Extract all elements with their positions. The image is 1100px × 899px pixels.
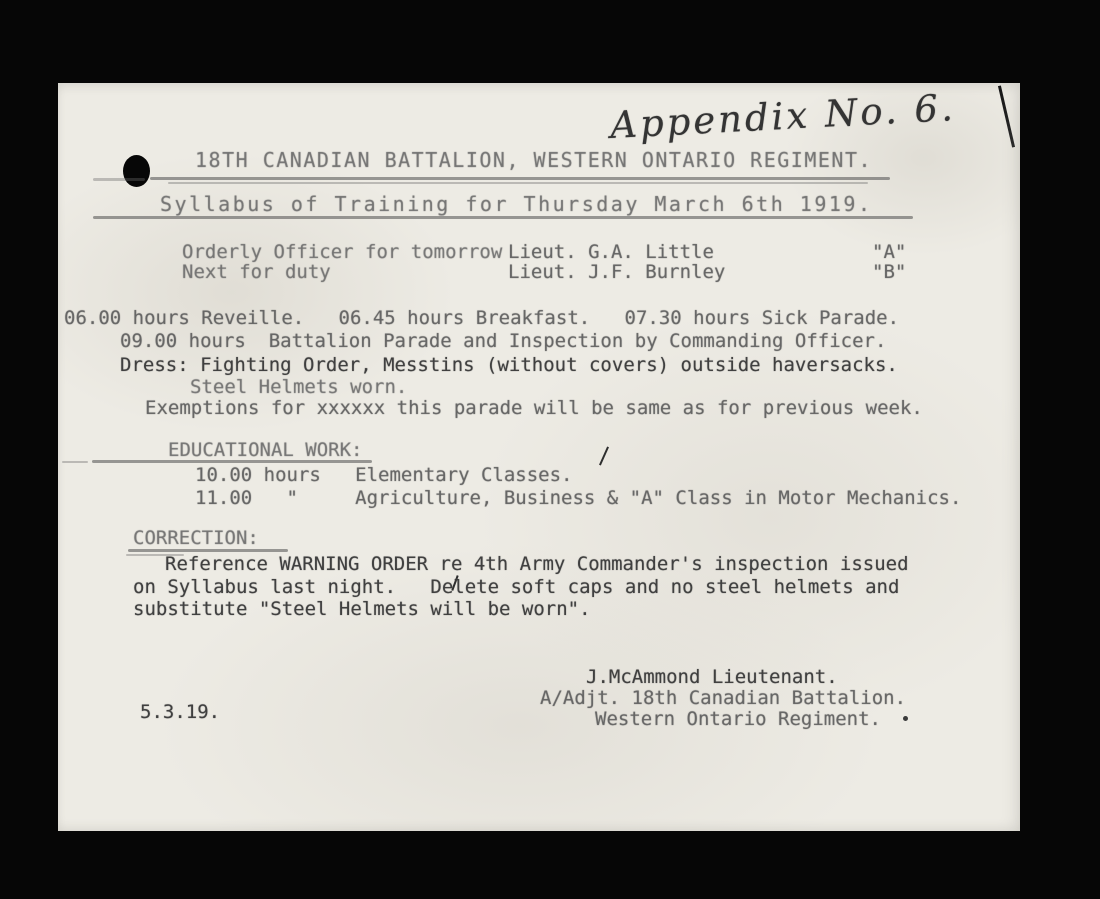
duty-name: Lieut. G.A. Little [508, 241, 714, 263]
document-subtitle: Syllabus of Training for Thursday March … [160, 193, 873, 215]
schedule-line: 06.00 hours Reveille. 06.45 hours Breakf… [64, 307, 899, 329]
correction-line: substitute "Steel Helmets will be worn". [133, 598, 591, 620]
correction-underline [128, 549, 288, 552]
signature-line: J.McAmmond Lieutenant. [586, 666, 838, 688]
document-title: 18TH CANADIAN BATTALION, WESTERN ONTARIO… [195, 149, 872, 171]
correction-line: Reference WARNING ORDER re 4th Army Comm… [165, 553, 909, 575]
duty-name: Lieut. J.F. Burnley [508, 261, 725, 283]
educational-line: 10.00 hours Elementary Classes. [195, 464, 573, 486]
title-underline-dash [93, 178, 145, 181]
schedule-line: Dress: Fighting Order, Messtins (without… [120, 354, 898, 376]
duty-role: Orderly Officer for tomorrow [182, 241, 502, 263]
signature-line: Western Ontario Regiment. [595, 708, 881, 730]
title-underline-echo [168, 182, 868, 184]
educational-underline-dash [62, 461, 88, 463]
educational-section-header: EDUCATIONAL WORK: [168, 439, 362, 461]
signature-line: A/Adjt. 18th Canadian Battalion. [540, 687, 906, 709]
subtitle-underline [93, 216, 913, 219]
duty-company: "A" [872, 241, 906, 263]
educational-underline [92, 460, 372, 463]
duty-company: "B" [872, 261, 906, 283]
date-stamp: 5.3.19. [140, 701, 220, 723]
duty-role: Next for duty [182, 261, 331, 283]
schedule-line: Exemptions for xxxxxx this parade will b… [145, 397, 923, 419]
handwritten-appendix-annotation: Appendix No. 6. [609, 86, 957, 147]
typed-text-layer: Appendix No. 6. 18TH CANADIAN BATTALION,… [58, 83, 1020, 831]
correction-section-header: CORRECTION: [133, 527, 259, 549]
schedule-line: Steel Helmets worn. [190, 376, 407, 398]
title-underline [150, 177, 890, 180]
educational-line: 11.00 " Agriculture, Business & "A" Clas… [195, 487, 961, 509]
scanned-document-page: Appendix No. 6. 18TH CANADIAN BATTALION,… [58, 83, 1020, 831]
correction-line: on Syllabus last night. Delete soft caps… [133, 576, 899, 598]
schedule-line: 09.00 hours Battalion Parade and Inspect… [120, 330, 886, 352]
